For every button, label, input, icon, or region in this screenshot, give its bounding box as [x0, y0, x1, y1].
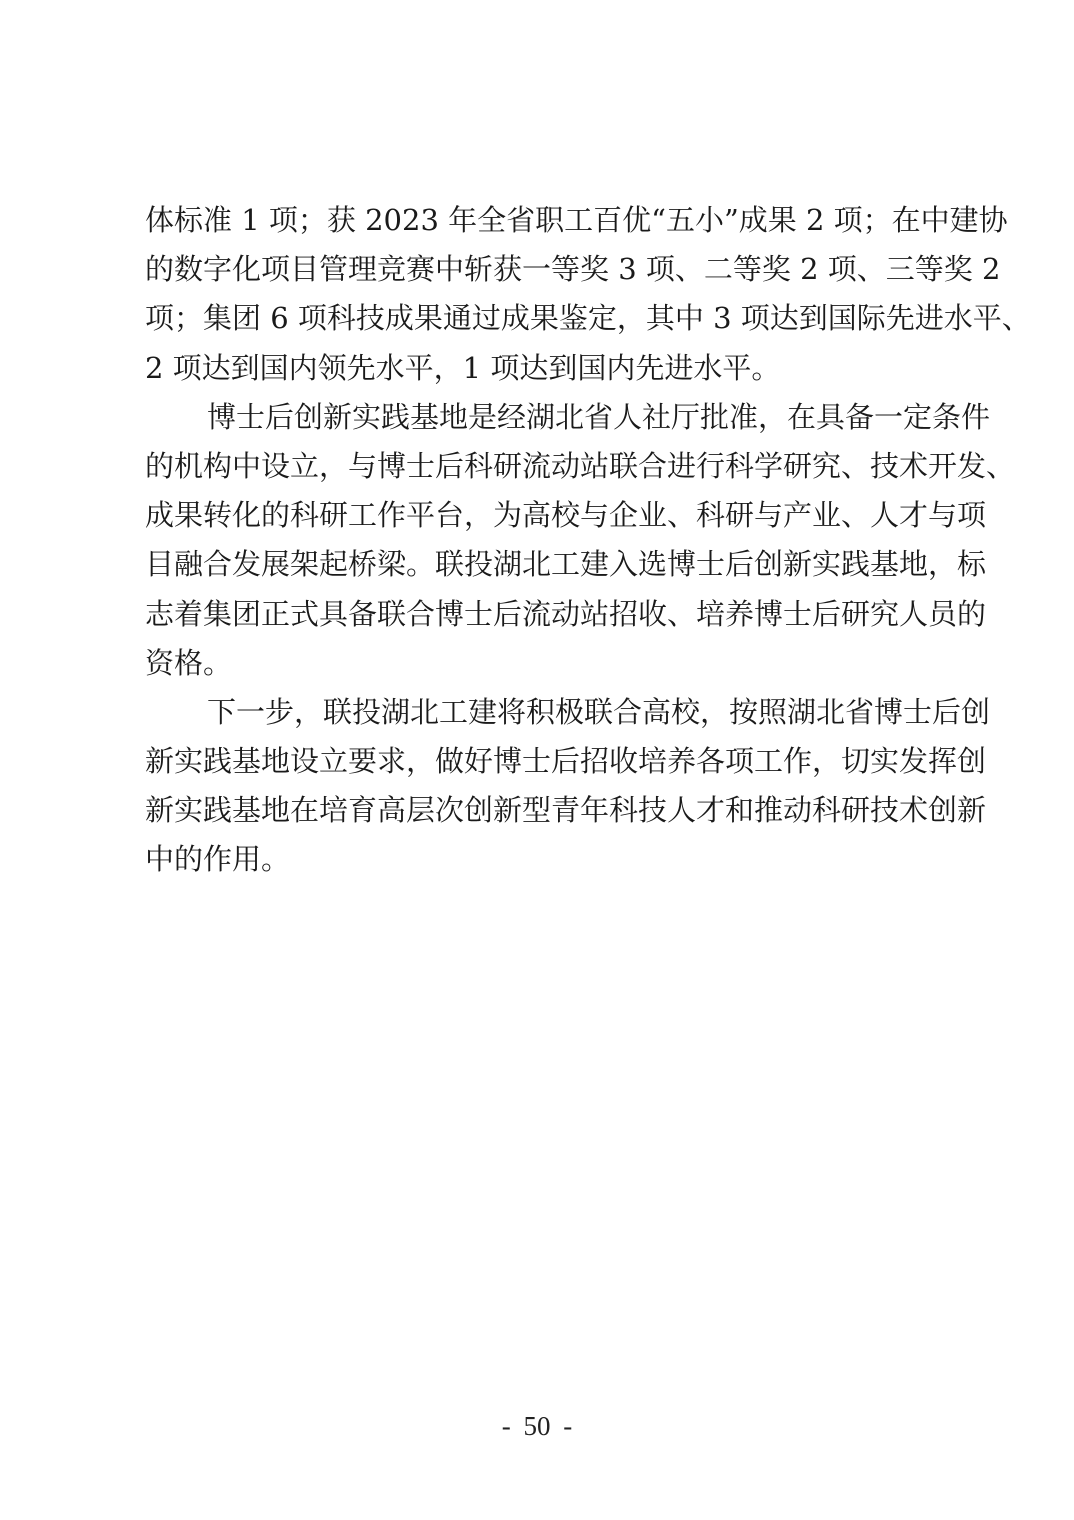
text-line: 的数字化项目管理竞赛中斩获一等奖 3 项、二等奖 2 项、三等奖 2: [145, 245, 941, 294]
paragraph-next-steps: 下一步，联投湖北工建将积极联合高校，按照湖北省博士后创 新实践基地设立要求，做好…: [145, 688, 941, 885]
paragraph-achievements: 体标准 1 项；获 2023 年全省职工百优“五小”成果 2 项；在中建协 的数…: [145, 196, 941, 393]
text-line: 成果转化的科研工作平台，为高校与企业、科研与产业、人才与项: [145, 491, 941, 540]
text-line: 博士后创新实践基地是经湖北省人社厅批准，在具备一定条件: [145, 393, 941, 442]
page-number: - 50 -: [0, 1411, 1074, 1442]
text-line: 项；集团 6 项科技成果通过成果鉴定，其中 3 项达到国际先进水平、: [145, 294, 941, 343]
text-line: 的机构中设立，与博士后科研流动站联合进行科学研究、技术开发、: [145, 442, 941, 491]
text-line: 2 项达到国内领先水平，1 项达到国内先进水平。: [145, 344, 941, 393]
text-line: 新实践基地设立要求，做好博士后招收培养各项工作，切实发挥创: [145, 737, 941, 786]
paragraph-postdoc-base: 博士后创新实践基地是经湖北省人社厅批准，在具备一定条件 的机构中设立，与博士后科…: [145, 393, 941, 688]
text-line: 新实践基地在培育高层次创新型青年科技人才和推动科研技术创新: [145, 786, 941, 835]
text-line: 中的作用。: [145, 835, 941, 884]
text-line: 志着集团正式具备联合博士后流动站招收、培养博士后研究人员的: [145, 590, 941, 639]
document-page: 体标准 1 项；获 2023 年全省职工百优“五小”成果 2 项；在中建协 的数…: [0, 0, 1074, 1520]
text-line: 下一步，联投湖北工建将积极联合高校，按照湖北省博士后创: [145, 688, 941, 737]
body-text: 体标准 1 项；获 2023 年全省职工百优“五小”成果 2 项；在中建协 的数…: [145, 196, 941, 885]
text-line: 体标准 1 项；获 2023 年全省职工百优“五小”成果 2 项；在中建协: [145, 196, 941, 245]
text-line: 目融合发展架起桥梁。联投湖北工建入选博士后创新实践基地，标: [145, 540, 941, 589]
text-line: 资格。: [145, 639, 941, 688]
